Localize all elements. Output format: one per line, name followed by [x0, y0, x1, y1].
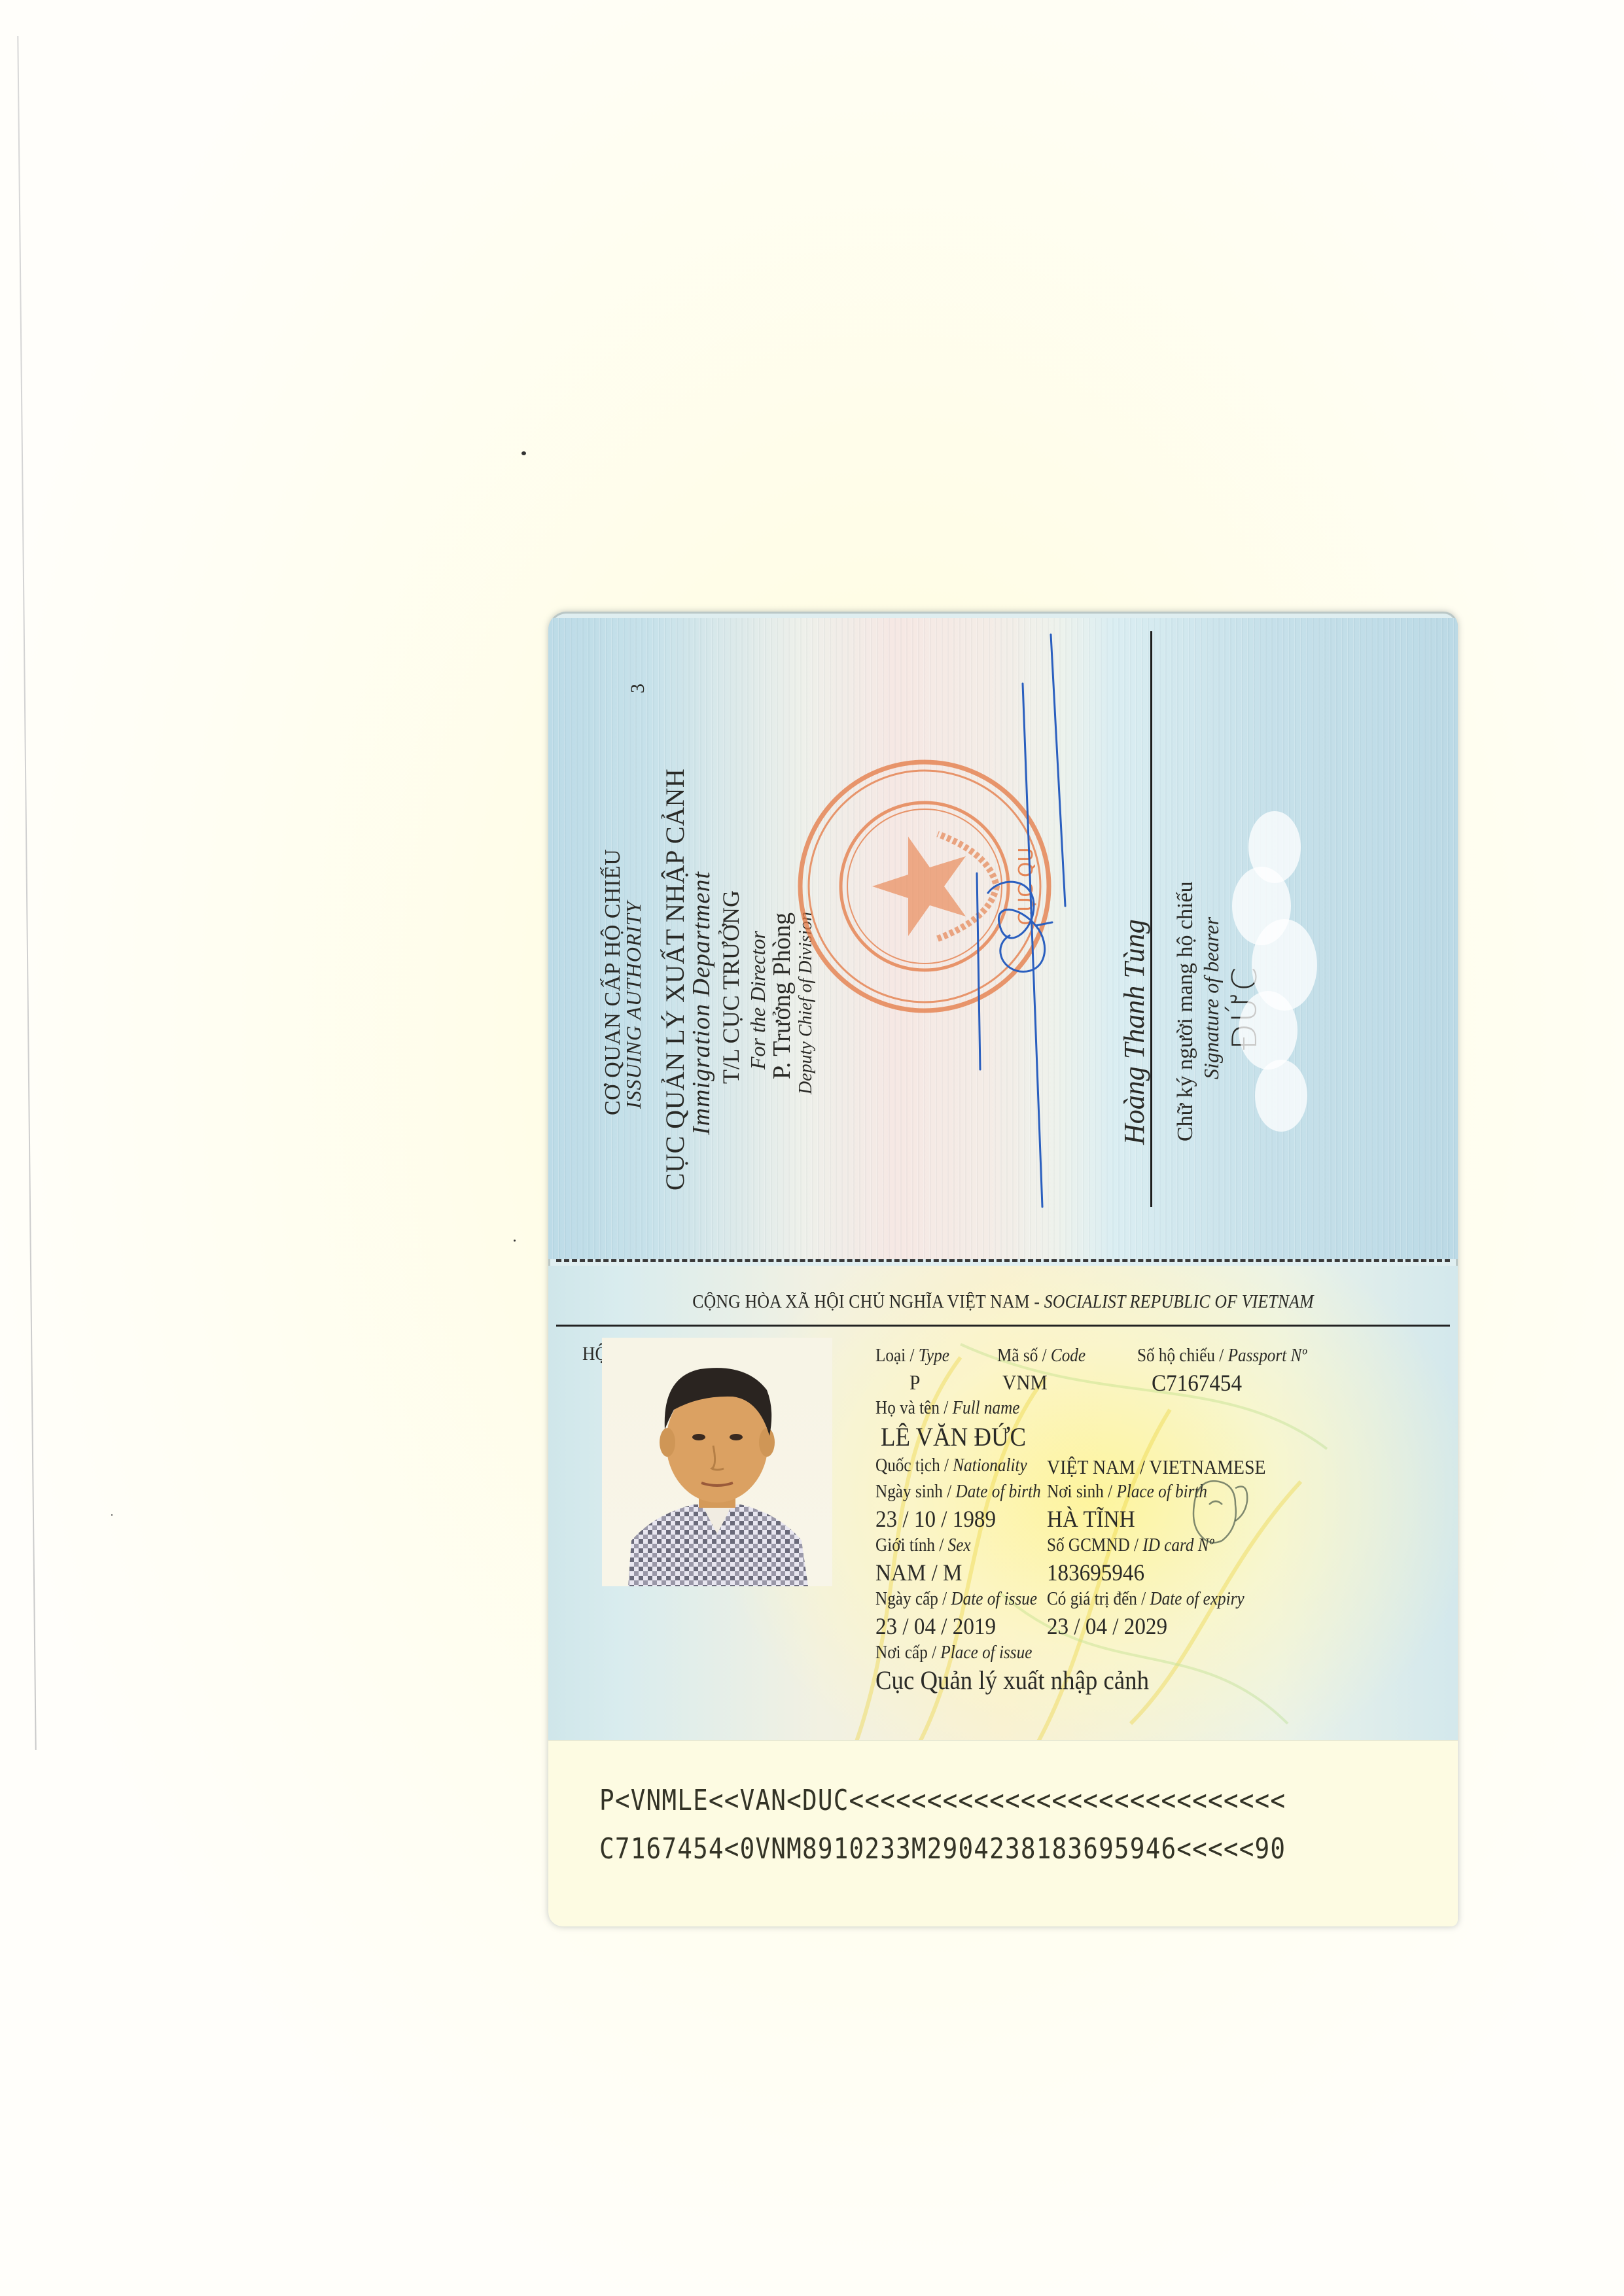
on-behalf-en: For the Director: [746, 931, 770, 1070]
type-value: P: [909, 1370, 920, 1395]
date-of-expiry-label: Có giá trị đến / Date of expiry: [1047, 1589, 1244, 1610]
mrz-line-1: P<VNMLE<<VAN<DUC<<<<<<<<<<<<<<<<<<<<<<<<…: [599, 1784, 1286, 1817]
passport-no-label: Số hộ chiếu / Passport Nº: [1137, 1346, 1307, 1366]
date-of-issue-label: Ngày cấp / Date of issue: [875, 1589, 1037, 1610]
date-of-issue-value: 23 / 04 / 2019: [875, 1612, 996, 1640]
page-number: 3: [627, 684, 649, 693]
passport: 3 CƠ QUAN CẤP HỘ CHIẾU ISSUING AUTHORITY…: [548, 612, 1458, 1926]
bearer-photo: [602, 1338, 832, 1586]
sex-label: Giới tính / Sex: [875, 1535, 971, 1556]
scan-speck: [521, 451, 526, 455]
page-fold-line: [556, 1259, 1450, 1262]
official-seal: CỤC QU: [794, 756, 1055, 1017]
country-header: CỘNG HÒA XÃ HỘI CHỦ NGHĨA VIỆT NAM - SOC…: [585, 1292, 1422, 1313]
code-value: VNM: [1002, 1370, 1048, 1395]
bearer-signature-label-en: Signature of bearer: [1199, 917, 1224, 1079]
sex-value: NAM / M: [875, 1559, 962, 1586]
date-of-birth-value: 23 / 10 / 1989: [875, 1505, 996, 1533]
code-label: Mã số / Code: [997, 1346, 1086, 1366]
department-en: Immigration Department: [687, 871, 716, 1135]
date-of-expiry-value: 23 / 04 / 2029: [1047, 1612, 1167, 1640]
machine-readable-zone: P<VNMLE<<VAN<DUC<<<<<<<<<<<<<<<<<<<<<<<<…: [548, 1740, 1458, 1926]
full-name-label: Họ và tên / Full name: [875, 1398, 1019, 1419]
type-label: Loại / Type: [875, 1346, 949, 1366]
cloud-watermark: [1222, 795, 1327, 1161]
nationality-label: Quốc tịch / Nationality: [875, 1455, 1027, 1476]
signer-name: Hoàng Thanh Tùng: [1118, 919, 1151, 1145]
place-of-issue-value: Cục Quản lý xuất nhập cảnh: [875, 1665, 1149, 1696]
observation-page: 3 CƠ QUAN CẤP HỘ CHIẾU ISSUING AUTHORITY…: [548, 618, 1458, 1259]
department-vi: CỤC QUẢN LÝ XUẤT NHẬP CẢNH: [660, 769, 690, 1191]
on-behalf-vi: T/L CỤC TRƯỞNG: [717, 890, 745, 1084]
place-of-birth-value: HÀ TĨNH: [1047, 1505, 1135, 1533]
passport-no-value: C7167454: [1152, 1369, 1242, 1397]
place-of-issue-label: Nơi cấp / Place of issue: [875, 1643, 1032, 1663]
ghost-image-stamp: [1183, 1475, 1255, 1554]
id-card-value: 183695946: [1047, 1559, 1144, 1586]
header-rule: [556, 1325, 1450, 1327]
bearer-signature-label-vi: Chữ ký người mang hộ chiếu: [1173, 881, 1198, 1141]
svg-text:CỤC QU: CỤC QU: [1015, 848, 1038, 926]
scan-speck: [514, 1240, 516, 1242]
scan-speck: [111, 1514, 113, 1516]
mrz-line-2: C7167454<0VNM8910233M2904238183695946<<<…: [599, 1832, 1286, 1866]
signature-divider: [1150, 631, 1152, 1207]
full-name-value: LÊ VĂN ĐỨC: [881, 1421, 1026, 1452]
issuing-authority-en: ISSUING AUTHORITY: [622, 901, 646, 1109]
date-of-birth-label: Ngày sinh / Date of birth: [875, 1482, 1041, 1503]
portrait-photo: [602, 1338, 832, 1586]
position-vi: P. Trưởng Phòng: [768, 913, 796, 1079]
